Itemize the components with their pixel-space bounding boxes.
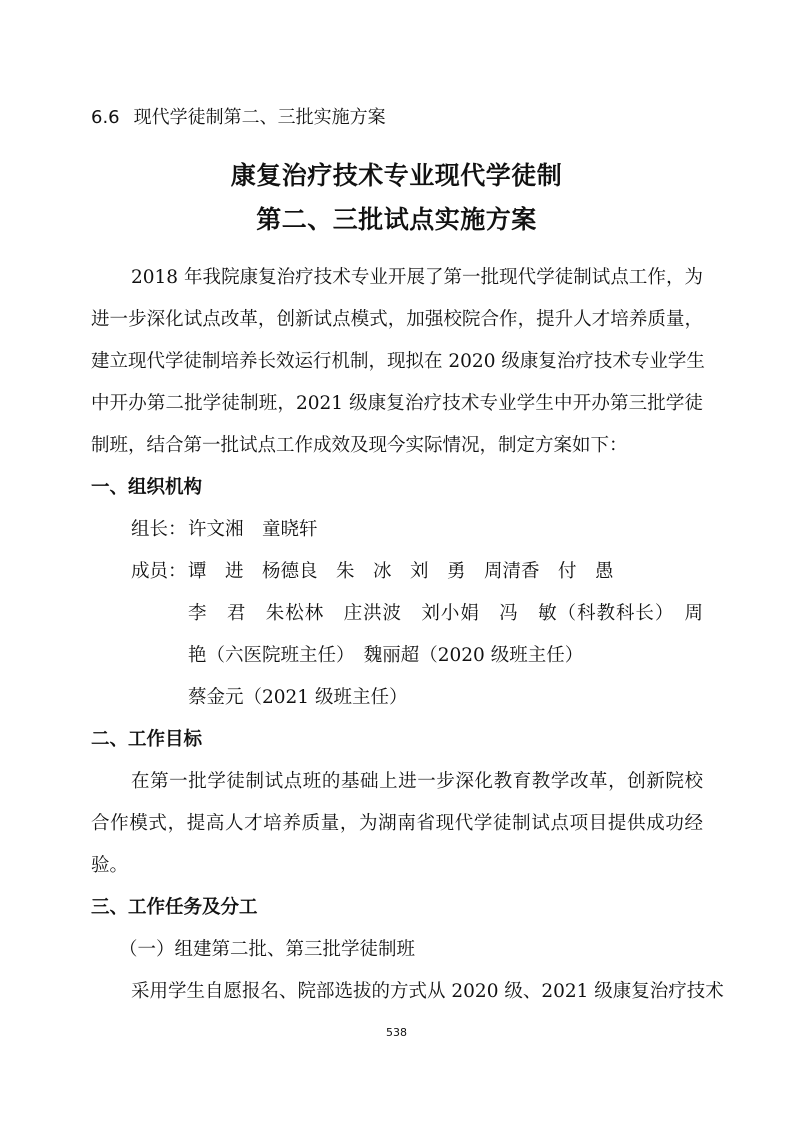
document-page: 6.6现代学徒制第二、三批实施方案 康复治疗技术专业现代学徒制 第二、三批试点实… [0,0,793,1122]
intro-line-3: 建立现代学徒制培养长效运行机制，现拟在 2020 级康复治疗技术专业学生 [91,349,703,375]
document-title-line-1: 康复治疗技术专业现代学徒制 [0,159,793,193]
members-line-2: 李 君 朱松林 庄洪波 刘小娟 冯 敏（科教科长） 周 [188,601,703,627]
intro-line-2: 进一步深化试点改革，创新试点模式，加强校院合作，提升人才培养质量， [91,307,703,333]
intro-line-4: 中开办第二批学徒制班，2021 级康复治疗技术专业学生中开办第三批学徒 [91,391,703,417]
members-label: 成员： [131,559,187,585]
section-caption: 6.6现代学徒制第二、三批实施方案 [91,105,386,131]
section-caption-text: 现代学徒制第二、三批实施方案 [134,107,386,128]
document-title-line-2: 第二、三批试点实施方案 [0,203,793,237]
section-3-subheading: （一）组建第二批、第三批学徒制班 [119,937,415,963]
section-2-line-1: 在第一批学徒制试点班的基础上进一步深化教育教学改革，创新院校 [131,769,703,795]
section-2-line-2: 合作模式，提高人才培养质量，为湖南省现代学徒制试点项目提供成功经 [91,811,703,837]
leader-names: 许文湘 童晓轩 [188,517,318,543]
leader-label: 组长： [131,517,187,543]
members-line-4: 蔡金元（2021 级班主任） [188,685,407,711]
intro-line-5: 制班，结合第一批试点工作成效及现今实际情况，制定方案如下： [91,433,703,459]
members-line-1: 谭 进 杨德良 朱 冰 刘 勇 周清香 付 愚 [188,559,614,585]
section-3-heading: 三、工作任务及分工 [91,895,258,921]
section-number: 6.6 [91,107,120,128]
section-3-line-1: 采用学生自愿报名、院部选拔的方式从 2020 级、2021 级康复治疗技术 [131,979,703,1005]
page-number: 538 [0,1026,793,1040]
intro-line-1: 2018 年我院康复治疗技术专业开展了第一批现代学徒制试点工作，为 [131,265,703,291]
section-2-line-3: 验。 [91,853,703,879]
members-line-3: 艳（六医院班主任） 魏丽超（2020 级班主任） [188,643,583,669]
section-1-heading: 一、组织机构 [91,475,202,501]
section-2-heading: 二、工作目标 [91,727,202,753]
